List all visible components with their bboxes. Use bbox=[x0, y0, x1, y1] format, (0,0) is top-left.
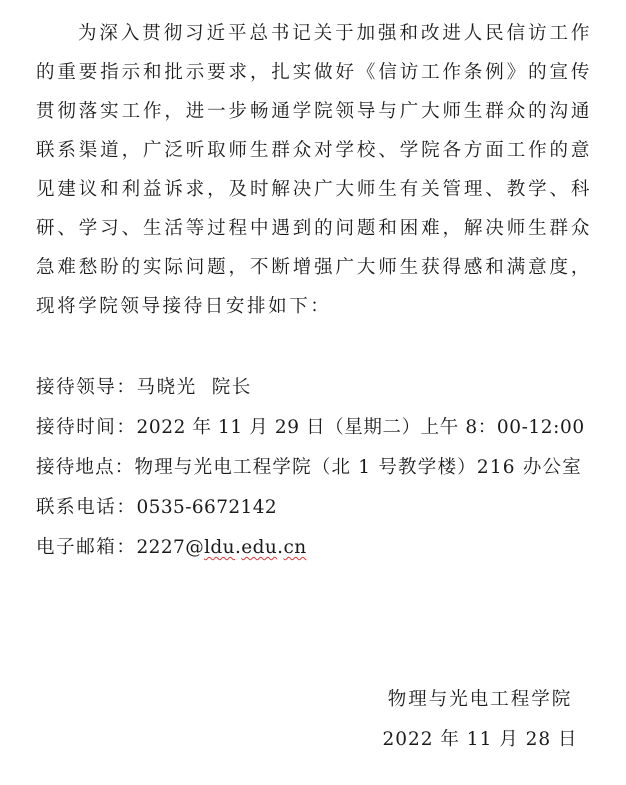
contact-email-label: 电子邮箱： bbox=[36, 537, 137, 558]
blank-line bbox=[36, 326, 592, 368]
contact-phone-label: 联系电话： bbox=[36, 497, 137, 518]
contact-email-link[interactable]: 2227@ldu.edu.cn bbox=[137, 537, 307, 558]
reception-location-label: 接待地点： bbox=[36, 457, 135, 478]
signature-organization: 物理与光电工程学院 bbox=[380, 680, 580, 720]
contact-phone-line: 联系电话：0535-6672142 bbox=[36, 488, 592, 528]
reception-leader-label: 接待领导： bbox=[36, 377, 137, 398]
document-body: 为深入贯彻习近平总书记关于加强和改进人民信访工作的重要指示和批示要求，扎实做好《… bbox=[36, 14, 592, 568]
intro-paragraph: 为深入贯彻习近平总书记关于加强和改进人民信访工作的重要指示和批示要求，扎实做好《… bbox=[36, 14, 592, 326]
contact-phone-value: 0535-6672142 bbox=[137, 497, 278, 518]
reception-location-value: 物理与光电工程学院（北 1 号教学楼）216 办公室 bbox=[135, 457, 582, 478]
reception-time-label: 接待时间： bbox=[36, 417, 137, 438]
contact-email-line: 电子邮箱：2227@ldu.edu.cn bbox=[36, 528, 592, 568]
reception-time-line: 接待时间：2022 年 11 月 29 日（星期二）上午 8：00-12:00 bbox=[36, 408, 592, 448]
email-user: 2227@ bbox=[137, 537, 205, 558]
reception-leader-line: 接待领导：马晓光 院长 bbox=[36, 368, 592, 408]
reception-time-value: 2022 年 11 月 29 日（星期二）上午 8：00-12:00 bbox=[137, 417, 585, 438]
spellcheck-underline-edu: edu bbox=[241, 537, 277, 558]
signature-date: 2022 年 11 月 28 日 bbox=[380, 720, 580, 760]
spellcheck-underline-ldu: ldu bbox=[204, 537, 235, 558]
signature-block: 物理与光电工程学院 2022 年 11 月 28 日 bbox=[380, 680, 580, 760]
spellcheck-underline-cn: cn bbox=[283, 537, 306, 558]
reception-location-line: 接待地点：物理与光电工程学院（北 1 号教学楼）216 办公室 bbox=[36, 448, 592, 488]
reception-leader-value: 马晓光 院长 bbox=[137, 377, 252, 398]
